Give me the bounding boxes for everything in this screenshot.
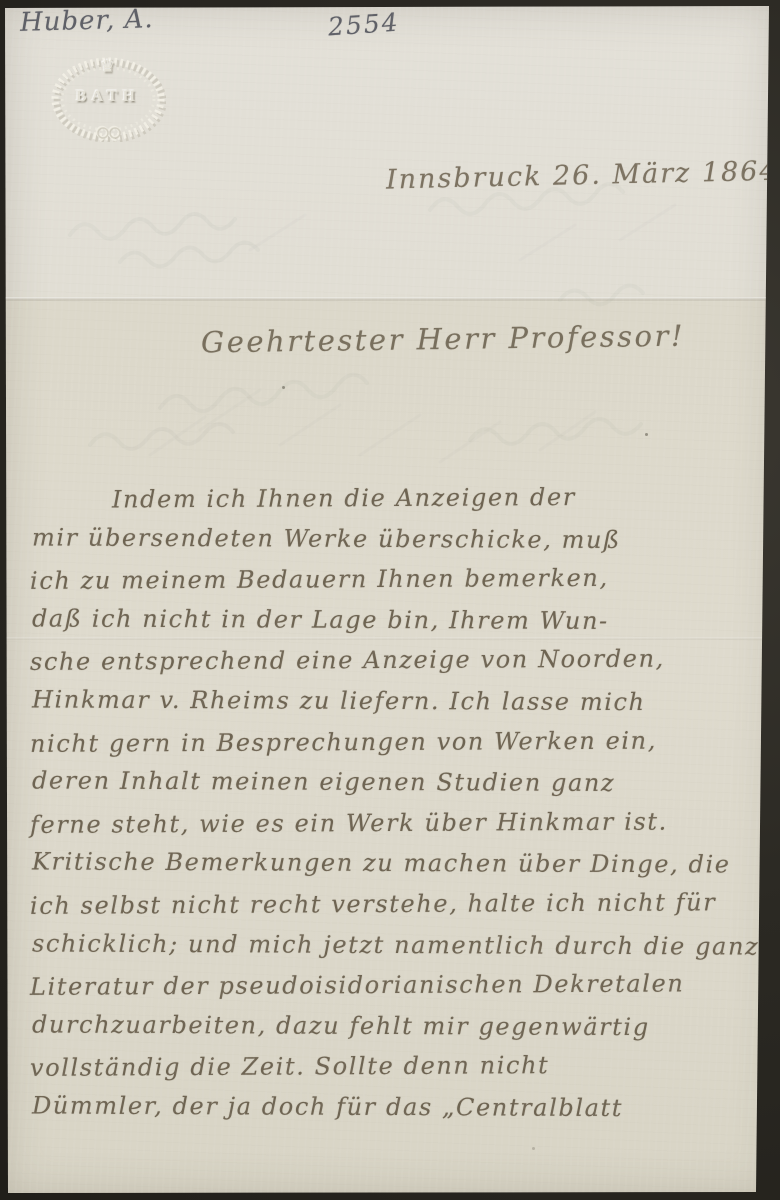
letter-line: schicklich; und mich jetzt namentlich du…: [32, 923, 750, 967]
dust-speck: [282, 386, 285, 389]
letter-line: Dümmler, der ja doch für das „Centralbla…: [32, 1085, 750, 1129]
seal-text: BATH: [50, 88, 166, 106]
letter-page: Huber, A. 2554 ♛ BATH: [0, 0, 780, 1200]
letter-line: vollständig die Zeit. Sollte denn nicht: [30, 1044, 748, 1088]
letter-line: Indem ich Ihnen die Anzeigen der: [30, 476, 748, 520]
letter-line: durchzuarbeiten, dazu fehlt mir gegenwär…: [32, 1004, 750, 1048]
letter-line: ferne steht, wie es ein Werk über Hinkma…: [30, 801, 748, 845]
archival-author-annotation: Huber, A.: [20, 4, 154, 38]
archival-number-annotation: 2554: [327, 8, 400, 42]
salutation: Geehrtester Herr Professor!: [201, 319, 685, 360]
letter-line: mir übersendeten Werke überschicke, muß: [32, 517, 750, 561]
letter-body: Indem ich Ihnen die Anzeigen dermir über…: [30, 478, 748, 1128]
dateline: Innsbruck 26. März 1864.: [386, 155, 780, 195]
dust-speck: [645, 433, 648, 436]
dust-speck: [532, 1147, 535, 1150]
letter-line: ich zu meinem Bedauern Ihnen bemerken,: [30, 557, 748, 601]
crown-icon: ♛: [50, 57, 166, 77]
letter-line: nicht gern in Besprechungen von Werken e…: [30, 720, 748, 764]
bath-embossed-seal: ♛ BATH: [50, 56, 166, 142]
letter-line: Hinkmar v. Rheims zu liefern. Ich lasse …: [32, 679, 750, 723]
letter-line: daß ich nicht in der Lage bin, Ihrem Wun…: [32, 598, 750, 642]
scanned-letter: Huber, A. 2554 ♛ BATH: [0, 0, 780, 1200]
letter-line: ich selbst nicht recht verstehe, halte i…: [30, 882, 748, 926]
letter-line: Kritische Bemerkungen zu machen über Din…: [32, 842, 750, 886]
letter-line: sche entsprechend eine Anzeige von Noord…: [30, 638, 748, 682]
letter-line: deren Inhalt meinen eigenen Studien ganz: [32, 761, 750, 805]
letter-line: Literatur der pseudoisidorianischen Dekr…: [30, 963, 748, 1007]
fold-crease: [0, 297, 780, 301]
